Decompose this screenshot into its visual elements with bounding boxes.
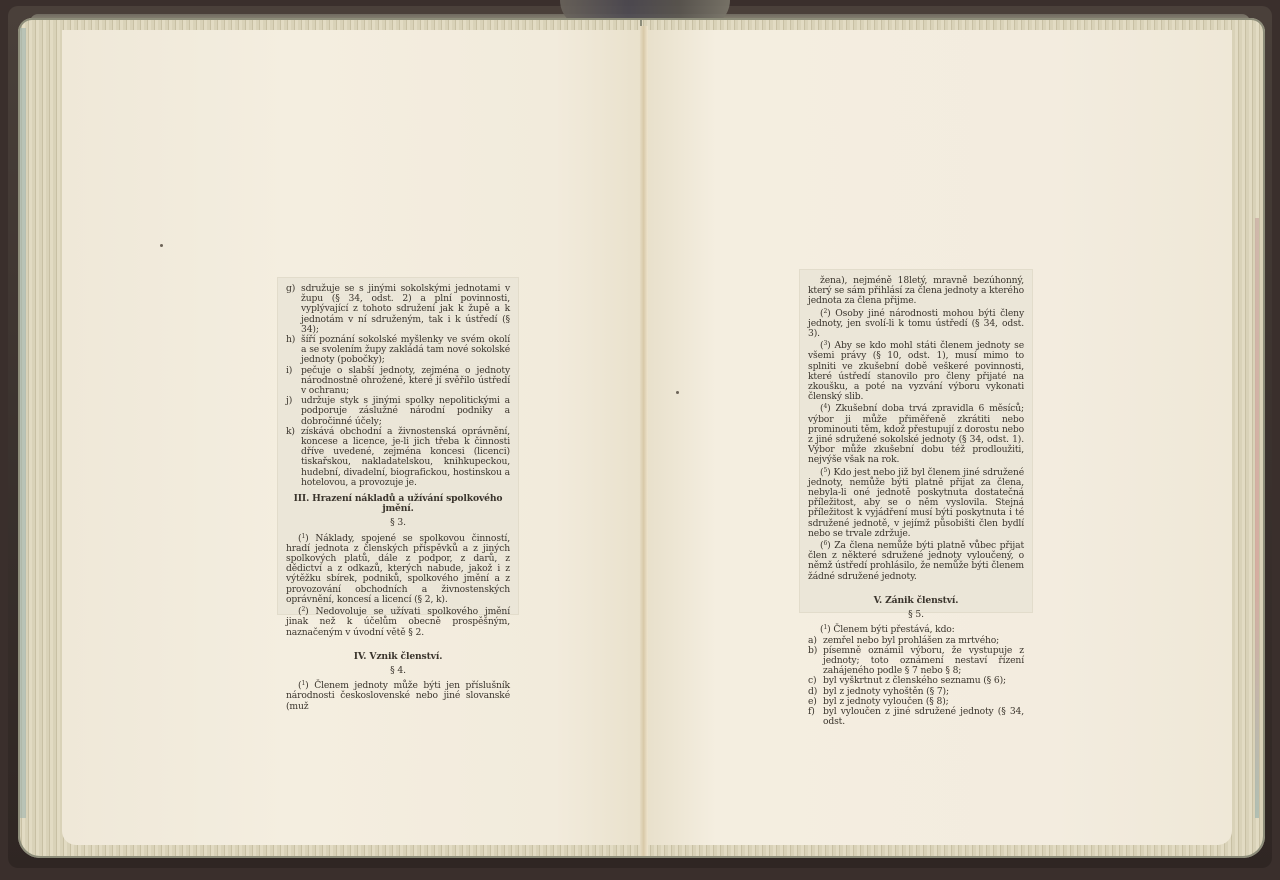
item-text: byl vyloučen z jiné sdružené jednoty (§ … [823, 707, 1024, 727]
paragraph-number: 1 [823, 624, 827, 631]
paragraph-text: Členem jednoty může býti jen příslušník … [286, 680, 510, 711]
list-item: i)pečuje o slabší jednoty, zejména o jed… [286, 366, 510, 397]
paragraph-number: 2 [823, 308, 827, 315]
chapter-heading: III. Hrazení nákladů a užívání spolkovéh… [286, 494, 510, 514]
paragraph-text: Zkušební doba trvá zpravidla 6 měsíců; v… [808, 403, 1024, 465]
left-text-clipping: g)sdružuje se s jinými sokolskými jednot… [278, 278, 518, 614]
item-text: písemně oznámil výboru, že vystupuje z j… [823, 646, 1024, 677]
item-label: g) [286, 284, 301, 335]
item-text: pečuje o slabší jednoty, zejména o jedno… [301, 366, 510, 397]
paragraph: (2) Osoby jiné národnosti mohou býti čle… [808, 307, 1024, 340]
paragraph: (1) Členem jednoty může býti jen přísluš… [286, 679, 510, 712]
chapter-heading: IV. Vznik členství. [286, 652, 510, 662]
paragraph: (2) Nedovoluje se užívati spolkového jmě… [286, 605, 510, 638]
item-text: získává obchodní a živnostenská oprávněn… [301, 427, 510, 488]
item-label: c) [808, 676, 823, 686]
right-text-clipping: žena), nejméně 18letý, mravně bezúhonný,… [800, 270, 1032, 612]
paragraph-number: 1 [301, 680, 305, 687]
list-item: f)byl vyloučen z jiné sdružené jednoty (… [808, 707, 1024, 727]
item-list: g)sdružuje se s jinými sokolskými jednot… [286, 284, 510, 488]
list-item: b)písemně oznámil výboru, že vystupuje z… [808, 646, 1024, 677]
list-item: h)šíří poznání sokolské myšlenky ve svém… [286, 335, 510, 366]
item-label: h) [286, 335, 301, 366]
paragraph-text: Kdo jest nebo již byl členem jiné sdruže… [808, 467, 1024, 539]
paragraph-text: Nedovoluje se užívati spolkového jmění j… [286, 606, 510, 637]
paragraph-number: 4 [823, 403, 827, 410]
paragraph-text: Aby se kdo mohl státi členem jednoty se … [808, 340, 1024, 402]
paragraph-number: 5 [823, 467, 827, 474]
paragraph: (1) Náklady, spojené se spolkovou činnos… [286, 532, 510, 605]
item-text: byl vyškrtnut z členského seznamu (§ 6); [823, 676, 1024, 686]
item-label: f) [808, 707, 823, 727]
item-text: udržuje styk s jinými spolky nepolitický… [301, 396, 510, 427]
paragraph: (1) Členem býti přestává, kdo: [808, 623, 1024, 635]
paragraph: (3) Aby se kdo mohl státi členem jednoty… [808, 339, 1024, 402]
chapter-heading: V. Zánik členství. [808, 596, 1024, 606]
paragraph: (6) Za člena nemůže býti platně vůbec př… [808, 539, 1024, 582]
item-label: b) [808, 646, 823, 677]
paragraph-number: 2 [301, 606, 305, 613]
item-label: k) [286, 427, 301, 488]
page-speck [160, 244, 163, 247]
item-text: šíří poznání sokolské myšlenky ve svém o… [301, 335, 510, 366]
paragraph-text: Náklady, spojené se spolkovou činností, … [286, 533, 510, 605]
list-item: g)sdružuje se s jinými sokolskými jednot… [286, 284, 510, 335]
paragraph-number: 1 [301, 533, 305, 540]
paragraph-number: 3 [823, 340, 827, 347]
section-number: § 4. [286, 666, 510, 676]
section-number: § 3. [286, 518, 510, 528]
list-item: j)udržuje styk s jinými spolky nepolitic… [286, 396, 510, 427]
paragraph: (4) Zkušební doba trvá zpravidla 6 měsíc… [808, 402, 1024, 465]
item-text: sdružuje se s jinými sokolskými jednotam… [301, 284, 510, 335]
item-label: j) [286, 396, 301, 427]
item-label: i) [286, 366, 301, 397]
paragraph-text: Za člena nemůže býti platně vůbec přijat… [808, 540, 1024, 582]
paragraph-text: Členem býti přestává, kdo: [833, 624, 954, 635]
paragraph-number: 6 [823, 540, 827, 547]
paragraph-text: Osoby jiné národnosti mohou býti členy j… [808, 308, 1024, 339]
page-speck [676, 391, 679, 394]
list-item: k)získává obchodní a živnostenská oprávn… [286, 427, 510, 488]
paragraph: (5) Kdo jest nebo již byl členem jiné sd… [808, 466, 1024, 539]
book-gutter [640, 26, 648, 856]
paragraph-continuation: žena), nejméně 18letý, mravně bezúhonný,… [808, 276, 1024, 307]
section-number: § 5. [808, 610, 1024, 620]
list-item: c)byl vyškrtnut z členského seznamu (§ 6… [808, 676, 1024, 686]
